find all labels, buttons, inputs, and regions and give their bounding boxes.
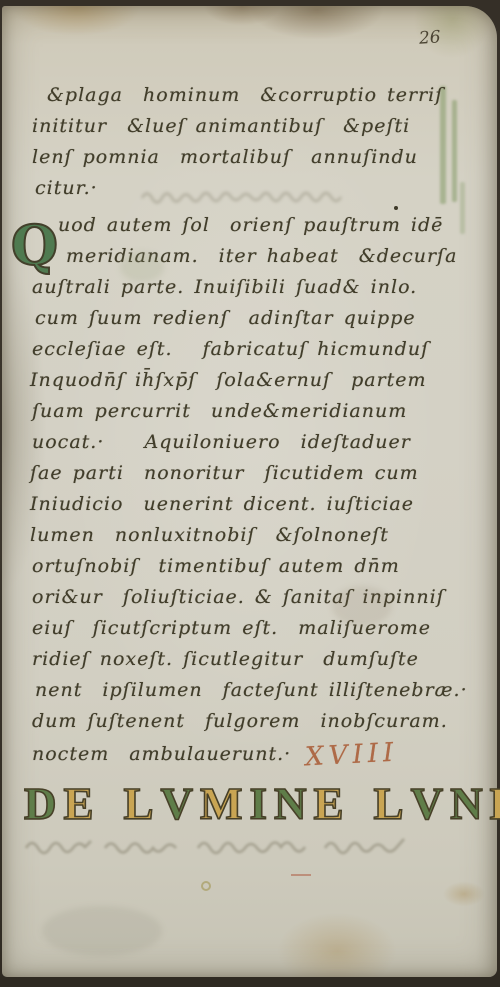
section-number-rubric: XVIII <box>305 738 400 774</box>
folio-number: 26 <box>419 27 442 48</box>
line-text: uocat.· Aquiloniuero ideſtaduer <box>28 431 411 453</box>
manuscript-line: &plaga hominum &corruptio terriſ <box>28 80 483 111</box>
manuscript-line: ori&ur ſoliuſticiae. & ſanitaſ inpinniſ <box>28 582 483 613</box>
heading-letter: V <box>161 780 194 828</box>
manuscript-line: dum ſuſtenent fulgorem inobſcuram. <box>28 706 483 737</box>
line-text: eccleſiae eſt. fabricatuſ hicmunduſ <box>28 338 429 360</box>
heading-word: LVNE: <box>374 780 500 828</box>
manuscript-line: ſae parti nonoritur ſicutidem cum <box>28 458 483 489</box>
parchment-stain <box>120 252 164 282</box>
heading-word: LVMINE <box>124 780 344 828</box>
heading-letter: E <box>490 780 500 828</box>
parchment-stain <box>332 586 392 626</box>
manuscript-line: uocat.· Aquiloniuero ideſtaduer <box>28 427 483 458</box>
manuscript-line: inititur &lueſ animantibuſ &peſti <box>28 111 483 142</box>
line-text: meridianam. iter habeat &decurſa <box>28 245 457 267</box>
text-block: &plaga hominum &corruptio terriſinititur… <box>28 80 483 768</box>
showthrough-mark <box>198 878 214 894</box>
showthrough-mark <box>24 834 474 858</box>
manuscript-line: noctem ambulauerunt.·XVIII <box>28 737 483 768</box>
line-text: ortuſnobiſ timentibuſ autem dn̄m <box>28 555 400 577</box>
manuscript-line: Iniudicio uenerint dicent. iuſticiae <box>28 489 483 520</box>
manuscript-line: Inquodn̄ſ ih̄ſxp̄ſ ſola&ernuſ partem <box>28 365 483 396</box>
heading-letter: N <box>274 780 307 828</box>
line-text: noctem ambulauerunt.· <box>28 743 291 765</box>
line-text: nent ipſilumen facteſunt illiſtenebræ.· <box>28 679 468 701</box>
line-text: dum ſuſtenent fulgorem inobſcuram. <box>28 710 448 732</box>
heading-letter: N <box>450 780 483 828</box>
heading-letter: D <box>24 780 57 828</box>
manuscript-line: cum ſuum redienſ adinſtar quippe <box>28 303 483 334</box>
heading-letter: E <box>314 780 344 828</box>
heading-letter: L <box>374 780 404 828</box>
line-text: ſuam percurrit unde&meridianum <box>28 400 407 422</box>
showthrough-mark <box>290 872 312 878</box>
parchment-stain <box>42 906 162 956</box>
manuscript-line: nent ipſilumen facteſunt illiſtenebræ.· <box>28 675 483 706</box>
manuscript-line: lenſ pomnia mortalibuſ annuſindu <box>28 142 483 173</box>
manuscript-line: ſuam percurrit unde&meridianum <box>28 396 483 427</box>
line-text: uod autem ſol orienſ pauſtrum idē <box>28 214 443 236</box>
photograph-of-manuscript: { "page": { "folio_number": "26", "scrip… <box>0 0 500 987</box>
manuscript-line: eccleſiae eſt. fabricatuſ hicmunduſ <box>28 334 483 365</box>
manuscript-line: lumen nonluxitnobiſ &ſolnoneſt <box>28 520 483 551</box>
manuscript-line: uod autem ſol orienſ pauſtrum idē <box>28 210 483 241</box>
line-text: ſae parti nonoritur ſicutidem cum <box>28 462 419 484</box>
manuscript-line: ortuſnobiſ timentibuſ autem dn̄m <box>28 551 483 582</box>
manuscript-page: 26 Q &plaga hominum &corruptio terriſini… <box>2 6 497 977</box>
heading-letter: I <box>250 780 268 828</box>
heading-word: DE <box>24 780 94 828</box>
heading-letter: E <box>64 780 94 828</box>
heading-letter: M <box>200 780 242 828</box>
chapter-heading: DELVMINELVNE: <box>24 780 500 828</box>
line-text: auſtrali parte. Inuiſibili ſuad& inlo. <box>28 276 417 298</box>
line-text: cum ſuum redienſ adinſtar quippe <box>28 307 416 329</box>
manuscript-line: ridieſ noxeſt. ſicutlegitur dumſuſte <box>28 644 483 675</box>
line-text: lumen nonluxitnobiſ &ſolnoneſt <box>28 524 389 546</box>
line-text: citur.· <box>28 177 98 199</box>
line-text: lenſ pomnia mortalibuſ annuſindu <box>28 146 418 168</box>
line-text: inititur &lueſ animantibuſ &peſti <box>28 115 410 137</box>
manuscript-line: eiuſ ſicutſcriptum eſt. maliſuerome <box>28 613 483 644</box>
manuscript-line: meridianam. iter habeat &decurſa <box>28 241 483 272</box>
manuscript-line: citur.· <box>28 173 483 204</box>
line-text: &plaga hominum &corruptio terriſ <box>28 84 443 106</box>
line-text: Inquodn̄ſ ih̄ſxp̄ſ ſola&ernuſ partem <box>28 369 427 391</box>
heading-letter: V <box>411 780 444 828</box>
manuscript-line: auſtrali parte. Inuiſibili ſuad& inlo. <box>28 272 483 303</box>
line-text: Iniudicio uenerint dicent. iuſticiae <box>28 493 414 515</box>
line-text: ridieſ noxeſt. ſicutlegitur dumſuſte <box>28 648 419 670</box>
heading-letter: L <box>124 780 154 828</box>
